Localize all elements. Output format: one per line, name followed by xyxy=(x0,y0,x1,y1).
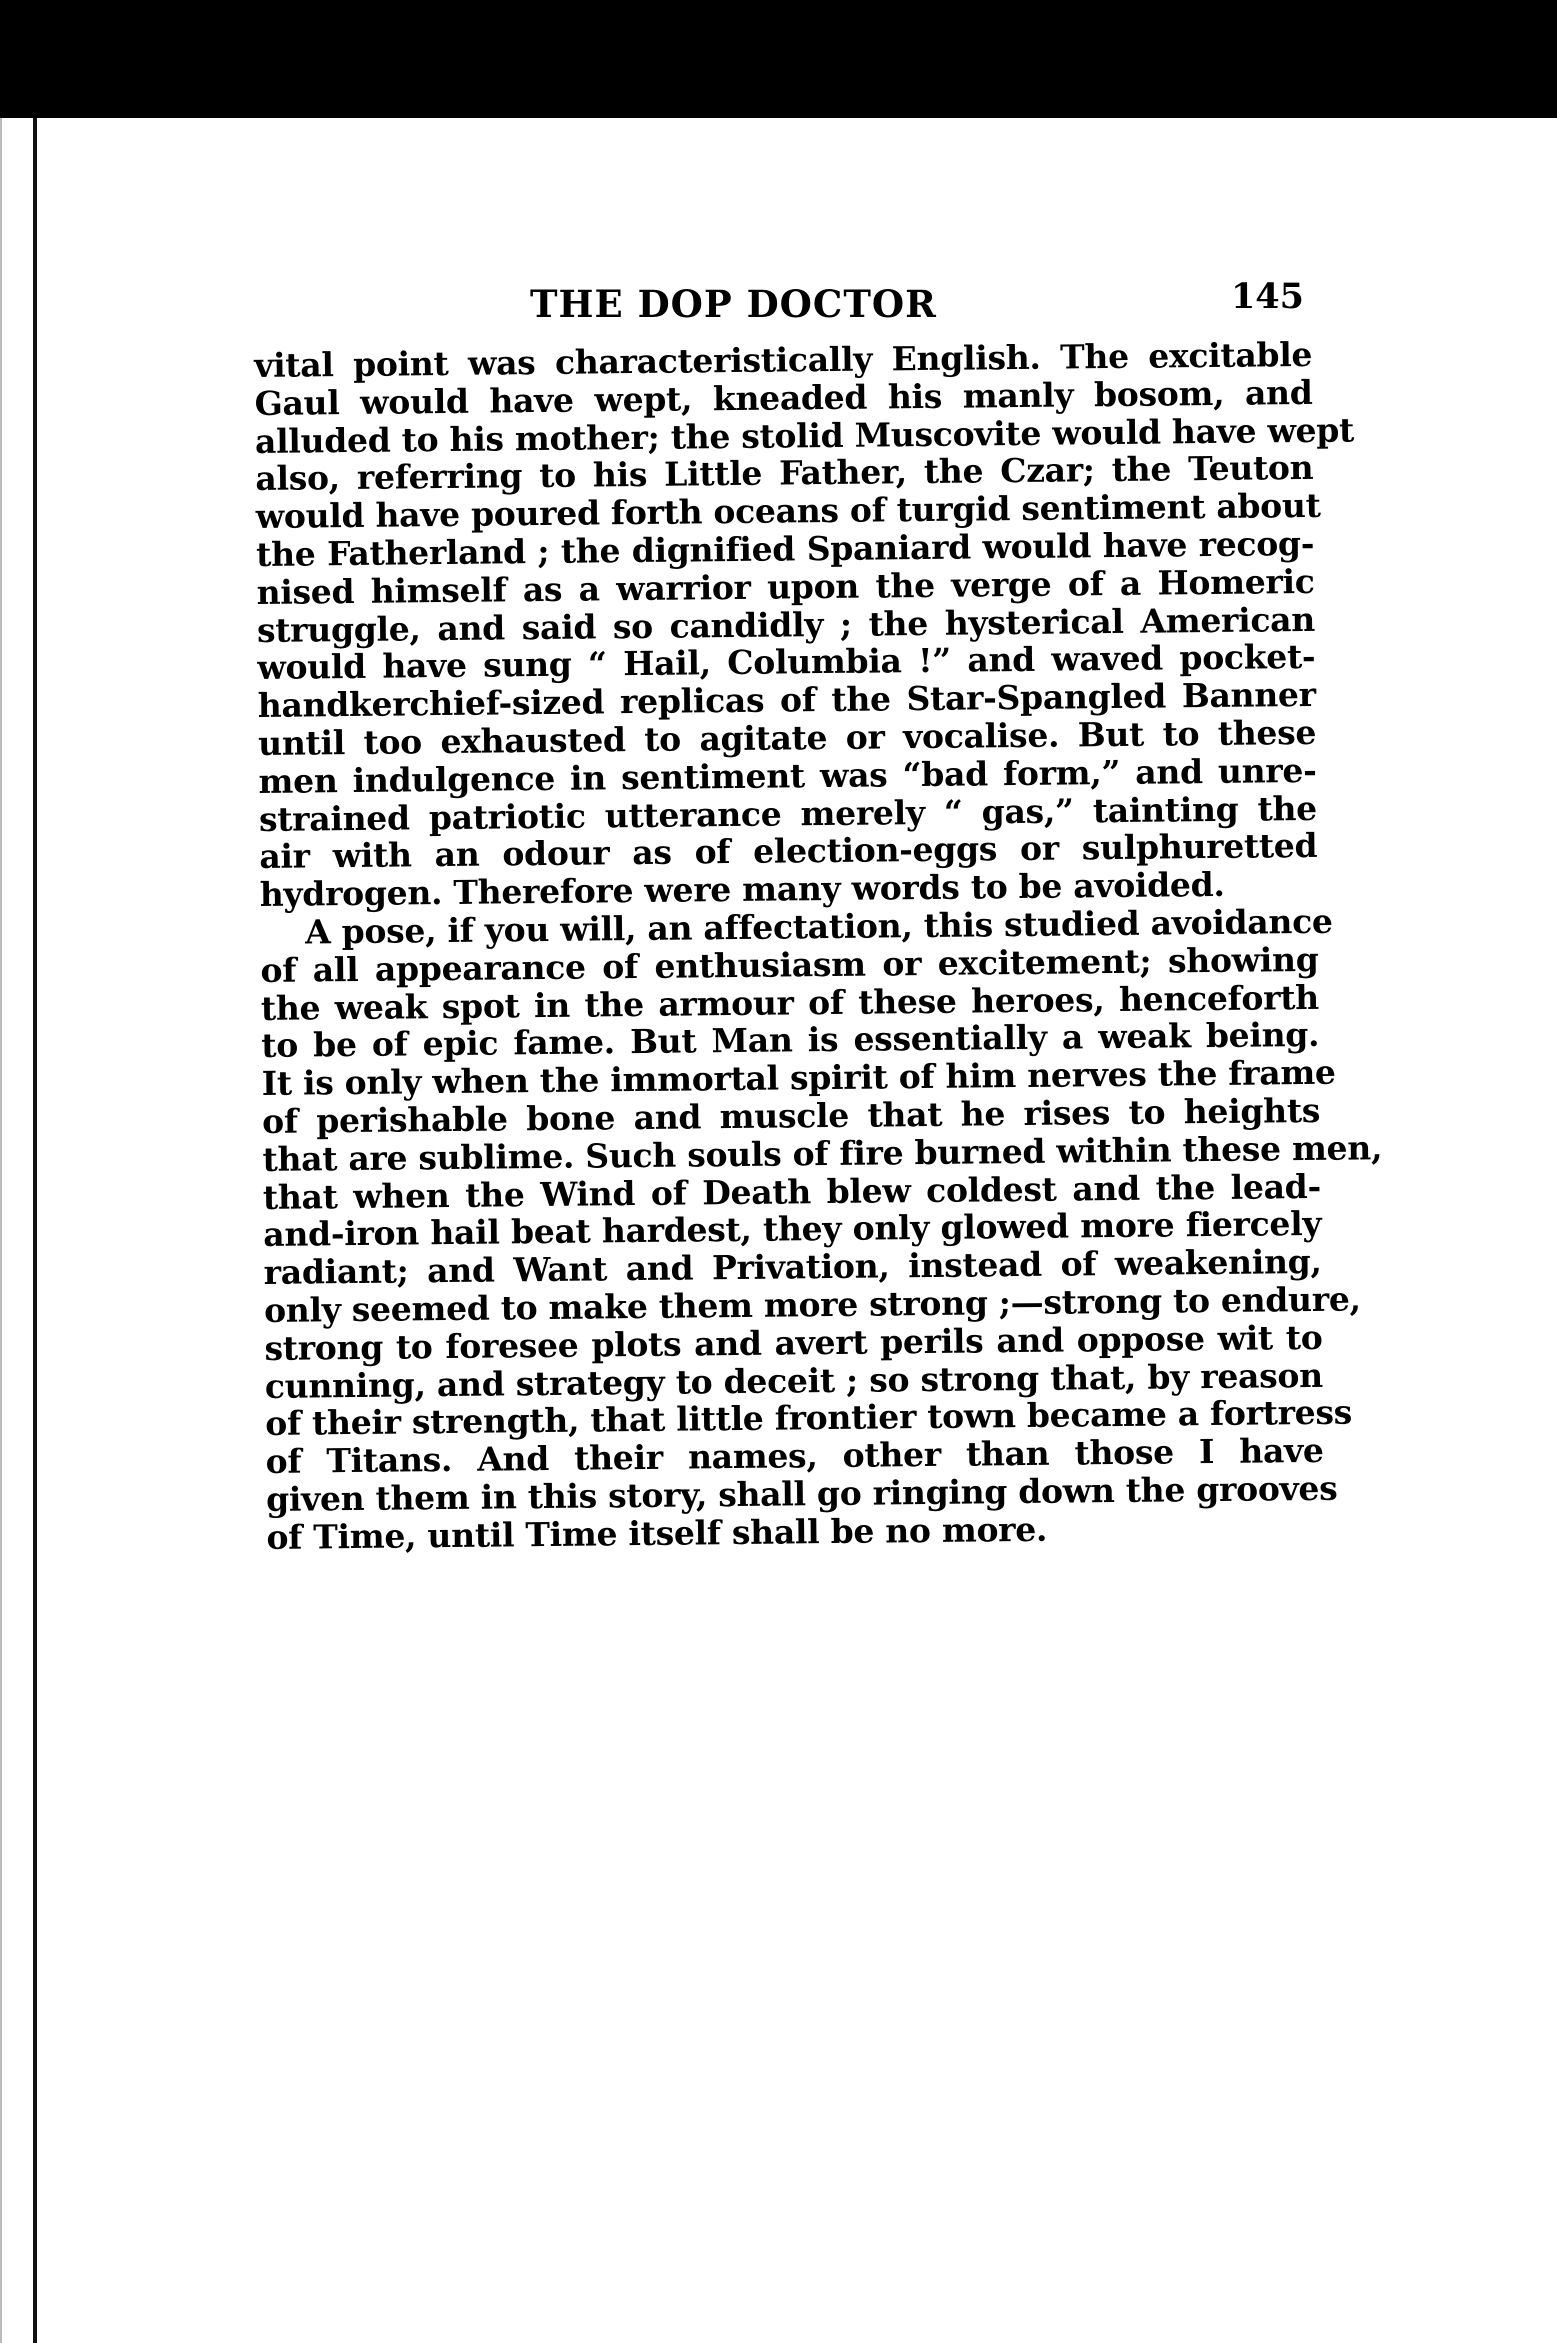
scan-page-edge xyxy=(0,118,2,2343)
scan-binding-shadow xyxy=(33,118,37,2343)
page-number: 145 xyxy=(1231,276,1304,317)
page-header: THE DOP DOCTOR 145 xyxy=(254,282,1312,332)
scan-border-top xyxy=(0,0,1557,118)
running-head: THE DOP DOCTOR xyxy=(530,282,937,326)
page-body: vital point was characteristically Engli… xyxy=(254,336,1325,1557)
